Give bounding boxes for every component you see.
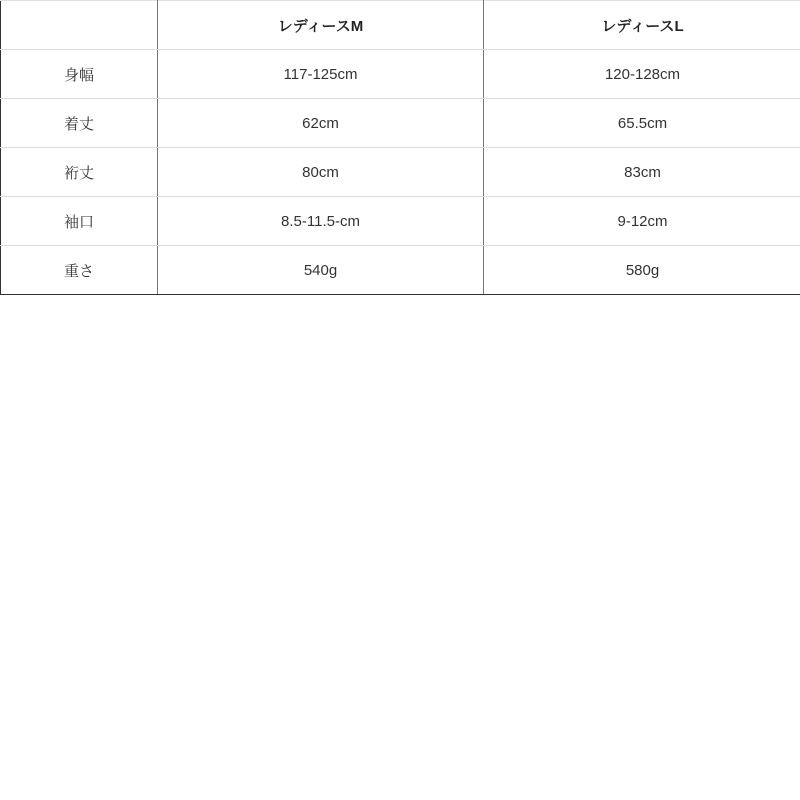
size-table: レディースM レディースL 身幅 117-125cm 120-128cm 着丈 … xyxy=(0,0,800,295)
cell-m: 62cm xyxy=(158,99,484,148)
row-label-body-width: 身幅 xyxy=(1,50,158,99)
header-ladies-l: レディースL xyxy=(484,1,800,50)
table-row: 裄丈 80cm 83cm xyxy=(1,148,800,197)
cell-l: 580g xyxy=(484,246,800,295)
cell-l: 83cm xyxy=(484,148,800,197)
table-row: 袖口 8.5-11.5-cm 9-12cm xyxy=(1,197,800,246)
cell-m: 80cm xyxy=(158,148,484,197)
cell-l: 65.5cm xyxy=(484,99,800,148)
row-label-cuff: 袖口 xyxy=(1,197,158,246)
row-label-sleeve-length: 裄丈 xyxy=(1,148,158,197)
row-label-weight: 重さ xyxy=(1,246,158,295)
cell-m: 117-125cm xyxy=(158,50,484,99)
table-row: 重さ 540g 580g xyxy=(1,246,800,295)
cell-l: 120-128cm xyxy=(484,50,800,99)
cell-m: 540g xyxy=(158,246,484,295)
header-empty-cell xyxy=(1,1,158,50)
cell-m: 8.5-11.5-cm xyxy=(158,197,484,246)
cell-l: 9-12cm xyxy=(484,197,800,246)
table-row: 身幅 117-125cm 120-128cm xyxy=(1,50,800,99)
header-ladies-m: レディースM xyxy=(158,1,484,50)
header-row: レディースM レディースL xyxy=(1,1,800,50)
table-row: 着丈 62cm 65.5cm xyxy=(1,99,800,148)
row-label-length: 着丈 xyxy=(1,99,158,148)
